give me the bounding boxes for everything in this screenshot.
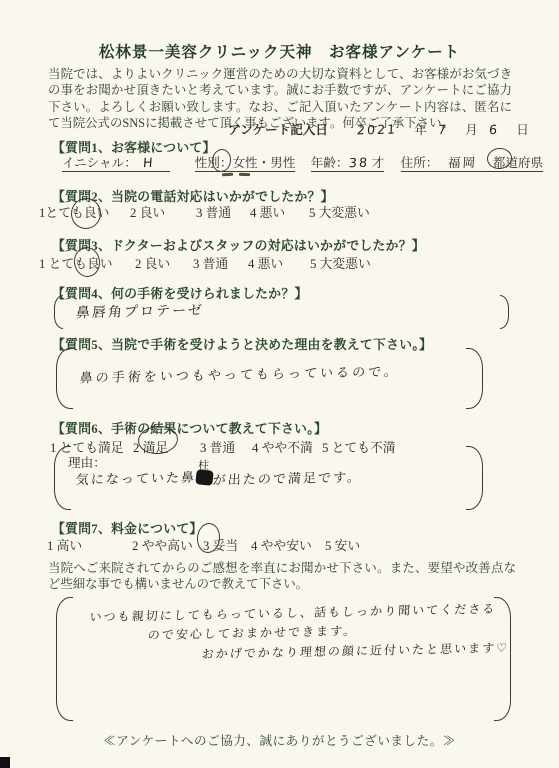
comment-box-paren-right xyxy=(494,597,511,721)
q3-option-2: 2 良い xyxy=(135,253,170,272)
comment-line-3: おかげでかなり理想の顔に近付いたと思います♡ xyxy=(201,639,509,662)
date-label: アンケート記入日 xyxy=(228,123,328,137)
q4-answer-handwriting: 鼻唇角プロテーゼ xyxy=(75,300,204,323)
q2-option-5: 5 大変悪い xyxy=(309,202,370,221)
q6-reason-paren-right xyxy=(466,446,483,510)
initial-label: イニシャル： xyxy=(62,156,137,170)
q6-option-3: 3 普通 xyxy=(200,437,235,456)
q4-answer-bracket-right xyxy=(500,295,509,329)
q5-answer-paren-left xyxy=(56,348,73,409)
q6-option-5: 5 とても不満 xyxy=(322,437,396,456)
age-value: 38 xyxy=(348,155,369,170)
q5-answer-paren-right xyxy=(466,348,483,409)
dash-mark-1 xyxy=(222,173,233,177)
q6-reason-after: が出たので満足です。 xyxy=(212,466,362,488)
date-year-unit: 年 xyxy=(414,123,427,137)
q5-answer-handwriting: 鼻の手術をいつもやってもらっているので。 xyxy=(79,361,401,387)
date-month-value: 7 xyxy=(438,122,449,137)
gender-field: 性別：女性・男性 xyxy=(195,156,296,172)
age-unit: 才 xyxy=(372,156,385,170)
scribbled-out-character xyxy=(195,469,213,486)
q3-option-5: 5 大変悪い xyxy=(310,253,371,272)
q7-options: 1 高い 2 やや高い 3 妥当 4 やや安い 5 安い xyxy=(0,535,559,551)
q6-header: 【質問6、手術の結果について教えて下さい。】 xyxy=(52,418,327,437)
comment-line-1: いつも親切にしてもらっているし、話もしっかり聞いてくださる xyxy=(89,600,497,625)
q4-answer-bracket-left xyxy=(54,295,63,329)
date-year-value: 2021 xyxy=(357,122,398,138)
q3-option-4: 4 悪い xyxy=(248,253,283,272)
gender-options: 女性・男性 xyxy=(232,156,295,170)
q7-option-5: 5 安い xyxy=(325,535,360,554)
q7-option-1: 1 高い xyxy=(47,535,82,554)
q1-fields: イニシャル： H 性別：女性・男性 年齢：38 才 住所： 福岡 都道府県 xyxy=(62,152,543,171)
q2-option-2: 2 良い xyxy=(130,202,165,221)
page-title: 松林景一美容クリニック天神 お客様アンケート xyxy=(0,40,559,62)
comment-box-paren-left xyxy=(56,597,73,721)
q2-option-4: 4 悪い xyxy=(250,202,285,221)
initial-field: イニシャル： H xyxy=(62,156,170,172)
q3-option-3: 3 普通 xyxy=(193,253,228,272)
date-day-value: 6 xyxy=(489,122,500,137)
date-day-unit: 日 xyxy=(516,123,529,137)
q2-option-3: 3 普通 xyxy=(196,202,231,221)
survey-date-line: アンケート記入日 2021 年 7 月 6 日 xyxy=(228,119,537,138)
age-label: 年齢： xyxy=(311,156,349,170)
scanned-survey-form: 松林景一美容クリニック天神 お客様アンケート 当院では、よりよいクリニック運営の… xyxy=(0,0,559,768)
q5-header: 【質問5、当院で手術を受けようと決めた理由を教えて下さい。】 xyxy=(52,334,432,353)
address-field: 住所： 福岡 都道府県 xyxy=(401,156,544,172)
feedback-prompt: 当院へご来院されてからのご感想を率直にお聞かせ下さい。また、要望や改善点など些細… xyxy=(48,560,516,593)
date-month-unit: 月 xyxy=(465,123,478,137)
q3-header: 【質問3、ドクターおよびスタッフの対応はいかがでしたか？】 xyxy=(52,235,425,254)
q6-reason-before: 気になっていた鼻 xyxy=(75,467,196,489)
q6-reason-handwriting: 気になっていた鼻柱が出たので満足です。 xyxy=(76,468,362,487)
address-value: 福岡 xyxy=(447,152,477,172)
comment-line-2: ので安心しておまかせできます。 xyxy=(147,622,358,643)
age-field: 年齢：38 才 xyxy=(311,156,385,172)
dash-mark-2 xyxy=(239,173,250,176)
q6-reason-corrected-char: 柱 xyxy=(196,470,213,487)
q4-header: 【質問4、何の手術を受けられましたか？】 xyxy=(52,283,308,302)
q7-option-4: 4 やや安い xyxy=(251,535,312,554)
footer-thanks: ≪アンケートへのご協力、誠にありがとうございました。≫ xyxy=(0,730,559,749)
initial-value: H xyxy=(143,155,156,170)
q6-option-4: 4 やや不満 xyxy=(252,437,313,456)
address-label: 住所： xyxy=(401,156,439,170)
scan-artifact xyxy=(0,757,10,768)
q7-option-2: 2 やや高い xyxy=(132,535,193,554)
